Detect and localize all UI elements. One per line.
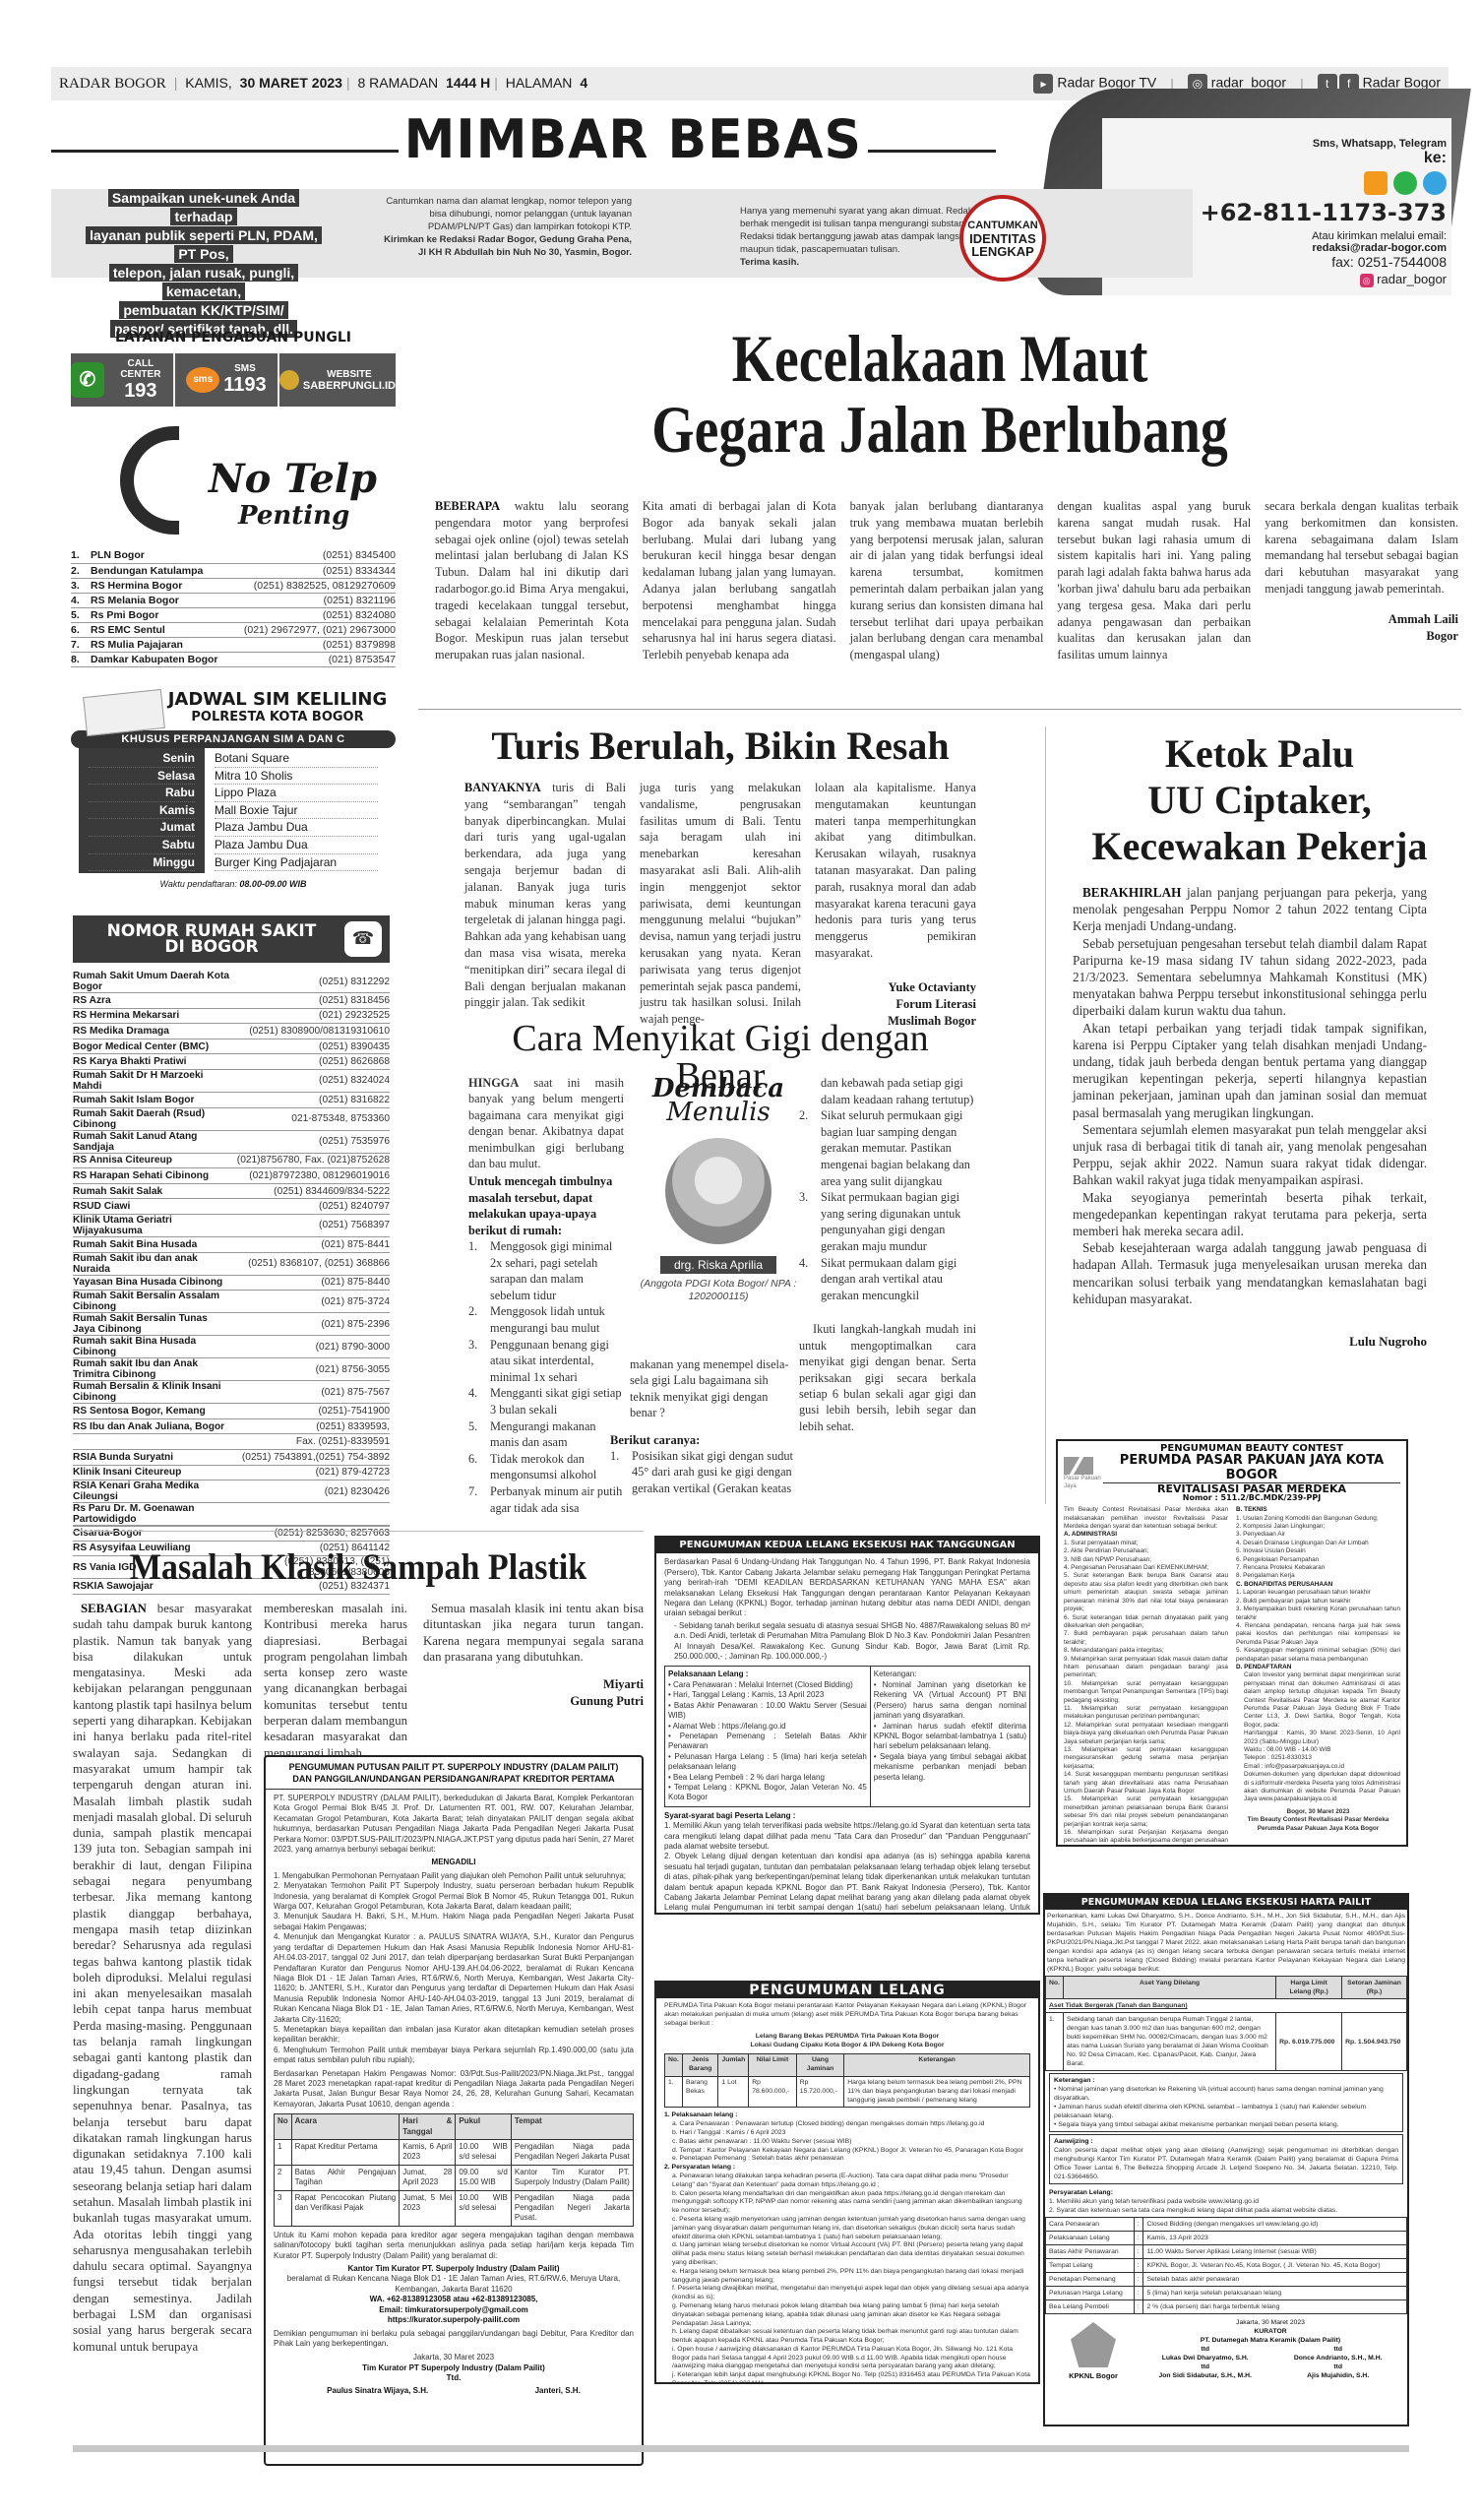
detail-key: Tempat Lelang — [1046, 2259, 1135, 2273]
hospital-phone[interactable]: (021)8756780, Fax. (021)8752628 — [230, 1153, 390, 1168]
hospital-name: Rumah sakit Ibu dan Anak Trimitra Cibino… — [73, 1358, 230, 1381]
hospital-name: RS Annisa Citeureup — [73, 1153, 230, 1168]
step-text: Sikat permukaan dalam gigi dengan arah v… — [821, 1255, 976, 1304]
req-item: 1. Memiliki Akun yang telah terverifikas… — [664, 1821, 1030, 1852]
detail-row: Cara Penawaran:Closed Bidding (dengan me… — [1046, 2218, 1407, 2232]
pungli-section: LAYANAN PENGADUAN PUNGLI ✆CALL CENTER193… — [71, 330, 396, 667]
sim-location: Botani Square — [215, 750, 378, 768]
hospital-name: Rumah Sakit Bersalin Assalam Cibinong — [73, 1291, 230, 1313]
requirement-item: 5. Inovasi Usulan Desain — [1236, 1547, 1400, 1555]
hospital-phone[interactable]: (021)87972380, 081296019016 — [230, 1168, 390, 1184]
tip-item: 6.Tidak merokok dan mengonsumsi alkohol — [468, 1451, 624, 1483]
masthead-info: RADAR BOGOR| KAMIS, 30 MARET 2023| 8 RAM… — [59, 75, 587, 93]
verdict-item: 4. Menunjuk dan Mengangkat Kurator : a. … — [274, 1932, 634, 2025]
agenda-cell: 3 — [275, 2190, 292, 2226]
article-plastik-col1: SEBAGIAN besar masyarakat sudah tahu dam… — [73, 1601, 252, 2355]
agenda-cell: Kamis, 6 April 2023 — [400, 2140, 456, 2166]
lelang-req-item: e. Harga lelang belum termasuk bea lelan… — [672, 2268, 1030, 2286]
hospital-name: Rumah sakit Bina Husada Cibinong — [73, 1336, 230, 1358]
agenda-row: 3Rapat Pencocokan Piutang dan Verifikasi… — [275, 2190, 634, 2226]
important-numbers-table: 1.PLN Bogor(0251) 83454002.Bendungan Kat… — [71, 548, 396, 667]
sim-location: Burger King Padjajaran — [215, 854, 378, 872]
requirement-item: 15. Melampirkan surat pernyataan kesangg… — [1064, 1795, 1228, 1829]
column-divider — [1045, 726, 1046, 1504]
lelang-header: Uang Jaminan — [796, 2054, 844, 2077]
lelang-req-item: d. Uang jaminan lelang tersebut disetork… — [672, 2241, 1030, 2267]
requirement-item: 4. Pengesahan Perusahaan Dari KEMENKUMHA… — [1064, 1564, 1228, 1572]
registration-field: Waktu : 08.00 WIB - 14.00 WIB — [1244, 1746, 1400, 1754]
rule-after-jalan — [418, 709, 1461, 710]
agenda-cell: Rapat Pencocokan Piutang dan Verifikasi … — [291, 2190, 400, 2226]
step-number: 2. — [799, 1107, 821, 1189]
exec-item: • Batas Akhir Penawaran : 10.00 Waktu Se… — [668, 1701, 867, 1722]
contact-email[interactable]: redaksi@radar-bogor.com — [1132, 242, 1447, 254]
hospital-phone[interactable]: (021) 8230426 — [230, 1480, 390, 1503]
contact-name: Rs Pmi Bogor — [91, 607, 230, 622]
important-number-row: 7.RS Mulia Pajajaran(0251) 8379898 — [71, 637, 396, 652]
req-item: 2. Obyek Lelang dijual dengan ketentuan … — [664, 1852, 1030, 1915]
asset-header: Setoran Jaminan (Rp.) — [1342, 1977, 1407, 1999]
kemenkeu-emblem-icon — [1071, 2322, 1116, 2367]
hospital-name: RS Medika Dramaga — [73, 1024, 230, 1039]
curator-email[interactable]: Email: timkuratorsuperpoly@gmail.com — [274, 2305, 634, 2315]
tip-text: Perbanyak minum air putih agar tidak ada… — [490, 1483, 624, 1516]
row-number: 2. — [71, 563, 91, 578]
telegram-icon — [1423, 171, 1447, 195]
registration-field: Email : info@pasarpakuanjaya.co.id — [1244, 1763, 1400, 1771]
detail-key: Batas Akhir Penawaran — [1046, 2245, 1135, 2259]
detail-sep: : — [1134, 2273, 1143, 2287]
lelang-exec-item: d. Tempat : Kantor Pelayanan Kekayaan Ne… — [672, 2147, 1030, 2156]
requirement-item: 7. Rencana Proteksi Kebakaran — [1236, 1564, 1400, 1572]
agenda-cell: Pengadilan Niaga pada Pengadilan Negeri … — [511, 2140, 633, 2166]
day: KAMIS, — [185, 75, 231, 91]
steps-list: dan kebawah pada setiap gigi dalam keada… — [799, 1075, 976, 1303]
detail-sep: : — [1134, 2259, 1143, 2273]
detail-sep: : — [1134, 2245, 1143, 2259]
hospital-name — [73, 1434, 230, 1450]
article-ciptaker-body: BERAKHIRLAH jalan panjang perjuangan par… — [1073, 884, 1427, 1350]
contact-name: Damkar Kabupaten Bogor — [91, 652, 230, 666]
hospital-name: Rumah Sakit Bina Husada — [73, 1236, 230, 1252]
sim-location: Mitra 10 Sholis — [215, 768, 378, 786]
ad-harta-pailit: PENGUMUMAN KEDUA LELANG EKSEKUSI HARTA P… — [1043, 1893, 1409, 2426]
contact-phone[interactable]: +62-811-1173-373 — [1132, 199, 1447, 226]
contact-name: Bendungan Katulampa — [91, 563, 230, 578]
rotary-phone-icon: ☎ — [344, 921, 382, 957]
verdict-item: 3. Menunjuk Saudara H. Bakri, S.H., M.Hu… — [274, 1912, 634, 1932]
tip-number: 4. — [468, 1385, 490, 1417]
contact-instagram[interactable]: ◎ radar_bogor — [1132, 272, 1447, 287]
tip-number: 2. — [468, 1303, 490, 1336]
pasar-logo-icon — [1064, 1457, 1093, 1475]
contact-phone[interactable]: (0251) 8345400 — [230, 548, 396, 563]
lelang-header: Jumlah — [718, 2054, 749, 2077]
hospital-name: Klinik Utama Geriatri Wijayakusuma — [73, 1214, 230, 1236]
requirement-item: 12. Melampirkan surat pernyataan kesedia… — [1064, 1722, 1228, 1746]
hospital-row: Rumah Sakit Islam Bogor(0251) 8316822 — [73, 1092, 390, 1107]
agenda-header: Hari & Tanggal — [400, 2114, 456, 2140]
lelang-req-item: h. Lelang dapat dibatalkan sesuai ketent… — [672, 2328, 1030, 2346]
contact-phone[interactable]: (0251) 8324080 — [230, 607, 396, 622]
agenda-cell: 1 — [275, 2140, 292, 2166]
headline-plastik: Masalah Klasik Sampah Plastik — [95, 1549, 621, 1586]
hospital-phone[interactable]: Fax. (0251)-8339591 — [230, 1434, 390, 1450]
hospital-phone[interactable]: (0251) 8316822 — [230, 1092, 390, 1107]
sim-time: Waktu pendaftaran: 08.00-09.00 WIB — [71, 879, 396, 889]
hospital-phone[interactable]: (0251) 8308900/081319310610 — [230, 1024, 390, 1039]
hospital-phone[interactable]: (021) 8790-3000 — [230, 1336, 390, 1358]
detail-sep: : — [1134, 2218, 1143, 2232]
lelang-req-item: a. Penawaran lelang dilakukan tanpa keha… — [672, 2173, 1030, 2190]
hospital-phone[interactable]: (0251) 8344609/834-5222 — [230, 1183, 390, 1199]
lelang-cell: Rp 78.600.000,- — [749, 2076, 797, 2107]
ad-lelang: PENGUMUMAN LELANG PERUMDA Tirta Pakuan K… — [654, 1981, 1040, 2384]
hospital-phone[interactable]: (0251)-7541900 — [230, 1404, 390, 1419]
hospital-name: Rumah Bersalin & Klinik Insani Cibinong — [73, 1381, 230, 1404]
agenda-header: No — [275, 2114, 292, 2140]
important-number-row: 8.Damkar Kabupaten Bogor(021) 8753547 — [71, 652, 396, 666]
submission-invite: Sampaikan unek-unek Anda terhadap layana… — [86, 189, 322, 339]
hospital-row: Rumah Sakit ibu dan anak Nuraida(0251) 8… — [73, 1252, 390, 1275]
detail-row: Tempat Lelang:KPKNL Bogor, Jl. Veteran N… — [1046, 2259, 1407, 2273]
hospital-name: RS Harapan Sehati Cibinong — [73, 1168, 230, 1184]
step-item: 2.Sikat seluruh permukaan gigi bagian lu… — [799, 1107, 976, 1189]
lelang-req-item: j. Keterangan lebih lanjut dapat menghub… — [672, 2371, 1030, 2384]
hospital-name: Cisarua-Bogor — [73, 1526, 230, 1542]
contact-phone[interactable]: (0251) 8382525, 08129270609 — [230, 578, 396, 593]
note-item: • Jaminan harus sudah efektif diterima o… — [1054, 2103, 1398, 2120]
detail-sep: : — [1134, 2232, 1143, 2245]
sim-day: Selasa — [89, 768, 195, 786]
agenda-cell: Pengadilan Niaga pada Pengadilan Negeri … — [511, 2190, 633, 2226]
req-item: 1. Memiliki akun yang telah terverifikas… — [1049, 2197, 1403, 2206]
contact-phone[interactable]: (0251) 8321196 — [230, 593, 396, 607]
verdict-item: 6. Menghukum Termohon Pailit untuk memba… — [274, 2046, 634, 2066]
submission-requirements: Cantumkan nama dan alamat lengkap, nomor… — [376, 195, 632, 259]
important-number-row: 2.Bendungan Katulampa(0251) 8334344 — [71, 563, 396, 578]
hospital-row: Rumah Sakit Daerah (Rsud) Cibinong021-87… — [73, 1107, 390, 1130]
detail-value: Setelah batas akhir penawaran — [1143, 2273, 1407, 2287]
contact-name: RS Melania Bogor — [91, 593, 230, 607]
detail-row: Pelaksanaan Lelang:Kamis, 13 April 2023 — [1046, 2232, 1407, 2245]
hospital-name: Rumah Sakit ibu dan anak Nuraida — [73, 1252, 230, 1275]
hospital-section: NOMOR RUMAH SAKITDI BOGOR ☎ Rumah Sakit … — [73, 915, 390, 1595]
lelang-req-item: c. Peserta lelang wajib menyetorkan uang… — [672, 2216, 1030, 2241]
globe-icon — [279, 370, 299, 390]
requirement-item: 8. Menandatangani pakta integritas; — [1064, 1647, 1228, 1655]
author-card: DembacaMenulis drg. Riska Aprilia (Anggo… — [630, 1077, 807, 1303]
hospital-row: Rumah sakit Bina Husada Cibinong(021) 87… — [73, 1336, 390, 1358]
hospital-phone[interactable]: (021) 875-2396 — [230, 1313, 390, 1336]
hospital-row: Klinik Insani Citeureup(021) 879-42723 — [73, 1465, 390, 1480]
ad-superpoly: PENGUMUMAN PUTUSAN PAILIT PT. SUPERPOLY … — [264, 1755, 644, 2466]
contact-name: RS Hermina Bogor — [91, 578, 230, 593]
detail-value: KPKNL Bogor, Jl. Veteran No.45, Kota Bog… — [1143, 2259, 1407, 2273]
step-item: dan kebawah pada setiap gigi dalam keada… — [799, 1075, 976, 1107]
hospital-phone[interactable]: (0251) 8240797 — [230, 1199, 390, 1215]
agenda-cell: 10.00 WIB s/d selesai — [456, 2190, 511, 2226]
contact-name: PLN Bogor — [91, 548, 230, 563]
detail-row: Pelunasan Harga Lelang:5 (lima) hari ker… — [1046, 2287, 1407, 2300]
tip-text: Mengurangi makanan manis dan asam — [490, 1418, 624, 1451]
important-number-row: 4.RS Melania Bogor(0251) 8321196 — [71, 593, 396, 607]
article-plastik-col2: membereskan masalah ini. Kontribusi mere… — [264, 1601, 407, 1761]
hospital-row: Rumah Sakit Lanud Atang Sandjaja(0251) 7… — [73, 1130, 390, 1153]
byline-ciptaker: Lulu Nugroho — [1073, 1333, 1427, 1350]
pailit-asset-table: No.Aset Yang DilelangHarga Limit Lelang … — [1045, 1976, 1407, 2071]
rule-before-plastik — [73, 1531, 644, 1532]
tip-item: 1.Menggosok gigi minimal 2x sehari, pagi… — [468, 1238, 624, 1303]
sim-location: Plaza Jambu Dua — [215, 819, 378, 837]
detail-sep: : — [1134, 2300, 1143, 2314]
important-numbers-banner: No Telp Penting — [71, 416, 396, 544]
hospital-name: RSUD Ciawi — [73, 1199, 230, 1215]
pungli-website[interactable]: WEBSITESABERPUNGLI.ID — [279, 353, 396, 407]
page-label: HALAMAN — [506, 75, 573, 91]
hospital-phone[interactable]: (021) 879-42723 — [230, 1465, 390, 1480]
ad-superpoly-title: PENGUMUMAN PUTUSAN PAILIT PT. SUPERPOLY … — [266, 1757, 642, 1790]
asset-header: Harga Limit Lelang (Rp.) — [1276, 1977, 1342, 1999]
exec-item: • Hari, Tanggal Lelang : Kamis, 13 April… — [668, 1690, 867, 1700]
author-role: (Anggota PDGI Kota Bogor/ NPA : 12020001… — [630, 1278, 807, 1303]
hospital-phone[interactable]: (021) 8756-3055 — [230, 1358, 390, 1381]
tip-item: 2.Menggosok lidah untuk mengurangi bau m… — [468, 1303, 624, 1336]
pasar-logo: Pasar Pakuan Jaya — [1064, 1457, 1103, 1491]
column-label: DembacaMenulis — [630, 1077, 807, 1124]
hospital-name: Rumah Sakit Umum Daerah Kota Bogor — [73, 971, 230, 993]
detail-value: 2 % (dua persen) dari harga terbentuk le… — [1143, 2300, 1407, 2314]
headline-ciptaker: Ketok Palu UU Ciptaker, Kecewakan Pekerj… — [1063, 730, 1456, 869]
hospital-phone[interactable]: (0251) 8626868 — [230, 1054, 390, 1070]
date: 30 MARET 2023 — [240, 75, 342, 91]
hospital-row: RSIA Bunda Suryatni(0251) 7543891,(0251)… — [73, 1449, 390, 1465]
auction-reqs-list: 1. Memiliki Akun yang telah terverifikas… — [664, 1821, 1030, 1915]
contact-phone[interactable]: (021) 8753547 — [230, 652, 396, 666]
requirement-item: 16. Melampirkan surat Perjanjian Kerjasa… — [1064, 1829, 1228, 1847]
hospital-phone[interactable]: (0251) 8253630, 8257663 — [230, 1526, 390, 1542]
requirement-item: 4. Rencana pendapatan, rencana harga jua… — [1236, 1622, 1400, 1647]
row-number: 1. — [71, 548, 91, 563]
hospital-name: Rumah Sakit Lanud Atang Sandjaja — [73, 1130, 230, 1153]
hospital-row: Rumah Sakit Bina Husada(021) 875-8441 — [73, 1236, 390, 1252]
hospital-name: Rumah Sakit Bersalin Tunas Jaya Cibinong — [73, 1313, 230, 1336]
detail-value: 11.00 Waktu Server Aplikasi Lelang Inter… — [1143, 2245, 1407, 2259]
tip-number: 1. — [468, 1238, 490, 1303]
hospital-name: RS Azra — [73, 993, 230, 1009]
agenda-row: 1Rapat Kreditur PertamaKamis, 6 April 20… — [275, 2140, 634, 2166]
row-number: 6. — [71, 622, 91, 637]
hospital-row: Rumah Bersalin & Klinik Insani Cibinong(… — [73, 1381, 390, 1404]
important-number-row: 1.PLN Bogor(0251) 8345400 — [71, 548, 396, 563]
hospital-phone[interactable]: 021-875348, 8753360 — [230, 1107, 390, 1130]
note-item: • Segala biaya yang timbul sebagai akiba… — [874, 1752, 1026, 1783]
row-number: 5. — [71, 607, 91, 622]
agenda-header: Tempat — [511, 2114, 633, 2140]
exec-item: • Pelunasan Harga Lelang : 5 (lima) hari… — [668, 1752, 867, 1773]
detail-key: Penetapan Pemenang — [1046, 2273, 1135, 2287]
article-gigi-col1: HINGGA saat ini masih banyak yang belum … — [468, 1075, 624, 1516]
submission-disclaimer: Hanya yang memenuhi syarat yang akan dim… — [740, 205, 996, 269]
hospital-row: RS Harapan Sehati Cibinong(021)87972380,… — [73, 1168, 390, 1184]
ad-lelang-title: PENGUMUMAN LELANG — [656, 1983, 1038, 1998]
hospital-phone[interactable]: (0251) 8390435 — [230, 1039, 390, 1054]
step-text: Sikat seluruh permukaan gigi bagian luar… — [821, 1107, 976, 1189]
hospital-phone[interactable]: (021) 875-7567 — [230, 1381, 390, 1404]
contact-fax: fax: 0251-7544008 — [1132, 254, 1447, 270]
pungli-call-center[interactable]: ✆CALL CENTER193 — [71, 353, 175, 407]
hospital-phone[interactable]: (0251) 8339593, — [230, 1418, 390, 1434]
requirement-item: 2. Komposisi Jalan Lingkungan; — [1236, 1523, 1400, 1531]
exec-item: • Tempat Lelang : KPKNL Bogor, Jalan Vet… — [668, 1783, 867, 1803]
lelang-header: Jenis Barang — [682, 2054, 717, 2077]
tip-text: Menggosok gigi minimal 2x sehari, pagi s… — [490, 1238, 624, 1303]
hospital-phone[interactable]: (021) 875-8440 — [230, 1275, 390, 1291]
contact-phone[interactable]: (0251) 8334344 — [230, 563, 396, 578]
hospital-name: Rumah Sakit Islam Bogor — [73, 1092, 230, 1107]
sim-schedule: SeninSelasaRabuKamisJumatSabtuMinggu Bot… — [79, 748, 388, 873]
tip-number: 7. — [468, 1483, 490, 1516]
requirement-item: 6. Pengelolaan Persampahan — [1236, 1556, 1400, 1564]
important-number-row: 6.RS EMC Sentul(021) 29672977, (021) 296… — [71, 622, 396, 637]
hospital-table: Rumah Sakit Umum Daerah Kota Bogor(0251)… — [73, 971, 390, 1595]
lelang-exec-item: b. Hari / Tanggal : Kamis / 6 April 2023 — [672, 2129, 1030, 2138]
hospital-name: RSIA Kenari Graha Medika Cileungsi — [73, 1480, 230, 1503]
curator-website[interactable]: https://kurator.superpoly-pailit.com — [274, 2315, 634, 2325]
registration-field: Hari/tanggal : Kamis, 30 Maret 2023-Seni… — [1244, 1730, 1400, 1746]
asset-cell: Sebidang tanah dan bangunan berupa Rumah… — [1063, 2013, 1275, 2071]
contact-phone[interactable]: (021) 29672977, (021) 29673000 — [230, 622, 396, 637]
requirement-item: 14. Surat kesanggupan membantu pengurusa… — [1064, 1771, 1228, 1795]
byline-jalan: Ammah LailiBogor — [1265, 611, 1458, 645]
sim-day: Kamis — [89, 802, 195, 820]
agenda-cell: 2 — [275, 2165, 292, 2190]
author-photo — [665, 1138, 771, 1244]
tip-text: Penggunaan benang gigi atau sikat interd… — [490, 1337, 624, 1386]
important-number-row: 3.RS Hermina Bogor(0251) 8382525, 081292… — [71, 578, 396, 593]
article-plastik-col3: Semua masalah klasik ini tentu akan bisa… — [423, 1601, 644, 1710]
requirement-item: 1. Surat pernyataan minat; — [1064, 1540, 1228, 1547]
tip-item: 4.Mengganti sikat gigi setiap 3 bulan se… — [468, 1385, 624, 1417]
registration-field: Telepon : 0251-8330313 — [1244, 1754, 1400, 1762]
row-number: 3. — [71, 578, 91, 593]
hospital-row: Rumah Sakit Dr H Marzoeki Mahdi(0251) 83… — [73, 1069, 390, 1092]
pungli-channels: ✆CALL CENTER193 smsSMS1193 WEBSITESABERP… — [71, 353, 396, 407]
hospital-phone[interactable]: (021) 29232525 — [230, 1008, 390, 1024]
auction-exec-list: • Cara Penawaran : Melalui Internet (Clo… — [668, 1680, 867, 1803]
agenda-table: NoAcaraHari & TanggalPukulTempat 1Rapat … — [274, 2113, 634, 2227]
requirement-item: 5. Kesanggupan mengganti minimal sebagia… — [1236, 1647, 1400, 1664]
hospital-phone[interactable]: (0251) 8324024 — [230, 1069, 390, 1092]
hospital-row: RSIA Kenari Graha Medika Cileungsi(021) … — [73, 1480, 390, 1503]
note-item: • Nominal jaminan yang disetorkan ke Rek… — [1054, 2085, 1398, 2103]
hospital-phone[interactable]: (0251) 7543891,(0251) 754-3892 — [230, 1449, 390, 1465]
requirement-item: 3. Penyediaan Air — [1236, 1531, 1400, 1539]
hospital-row: Bogor Medical Center (BMC)(0251) 8390435 — [73, 1039, 390, 1054]
requirement-item: 2. Akte Pendirian Perusahaan; — [1064, 1547, 1228, 1555]
hospital-phone[interactable]: (0251) 8368107, (0251) 368866 — [230, 1252, 390, 1275]
requirement-item: 8. Pengalaman Kerja — [1236, 1572, 1400, 1580]
requirement-item: 4. Desain Drainase Lingkungan Dan Air Li… — [1236, 1540, 1400, 1547]
detail-value: Closed Bidding (dengan mengakses url www… — [1143, 2218, 1407, 2232]
hospital-phone[interactable]: (0251) 7568397 — [230, 1214, 390, 1236]
lelang-req-item: b. Calon peserta lelang mendaftarkan dir… — [672, 2190, 1030, 2216]
step-item: 3.Sikat permukaan bagian gigi yang serin… — [799, 1189, 976, 1254]
note-item: • Jaminan harus sudah efektif diterima K… — [874, 1722, 1026, 1752]
requirement-item: 5. Surat keterangan Bank berupa Bank Gar… — [1064, 1572, 1228, 1613]
detail-key: Pelunasan Harga Lelang — [1046, 2287, 1135, 2300]
step-text: dan kebawah pada setiap gigi dalam keada… — [821, 1075, 976, 1107]
hospital-row: RS Karya Bhakti Pratiwi(0251) 8626868 — [73, 1054, 390, 1070]
detail-key: Bea Lelang Pembeli — [1046, 2300, 1135, 2314]
asset-cell: Rp. 1.504.943.750 — [1342, 2013, 1407, 2071]
requirement-item: 13. Melampirkan surat pernyataan kesangg… — [1064, 1746, 1228, 1771]
hospital-phone[interactable] — [230, 1503, 390, 1526]
step-number: 4. — [799, 1255, 821, 1304]
hospital-row: Rumah Sakit Salak(0251) 8344609/834-5222 — [73, 1183, 390, 1199]
hospital-name: Rumah Sakit Dr H Marzoeki Mahdi — [73, 1069, 230, 1092]
hospital-row: Rs Paru Dr. M. Goenawan Partowidigdo — [73, 1503, 390, 1526]
hijri-year: 1444 H — [446, 75, 490, 91]
agenda-cell: Batas Akhir Pengajuan Tagihan — [291, 2165, 400, 2190]
agenda-cell: Rapat Kreditur Pertama — [291, 2140, 400, 2166]
lelang-items-table: No.Jenis BarangJumlahNilai LimitUang Jam… — [664, 2053, 1030, 2108]
asset-header: Aset Yang Dilelang — [1063, 1977, 1275, 1999]
instagram-icon: ◎ — [1360, 274, 1374, 287]
title-rule-right — [868, 150, 996, 153]
detail-key: Cara Penawaran — [1046, 2218, 1135, 2232]
hospital-header: NOMOR RUMAH SAKITDI BOGOR ☎ — [73, 915, 390, 963]
sms-bubble-icon: sms — [186, 367, 219, 393]
author-name: drg. Riska Aprilia — [660, 1256, 776, 1274]
hospital-phone[interactable]: (0251) 8318456 — [230, 993, 390, 1009]
hospital-row: Rumah Sakit Umum Daerah Kota Bogor(0251)… — [73, 971, 390, 993]
requirement-item: 1. Laporan keuangan perusahaan tahun ter… — [1236, 1589, 1400, 1597]
kpknl-logo: KPKNL Bogor — [1049, 2322, 1138, 2380]
asset-cell: Rp. 6.019.775.000 — [1276, 2013, 1342, 2071]
hospital-phone[interactable]: (021) 875-3724 — [230, 1291, 390, 1313]
hospital-name: RS Ibu dan Anak Juliana, Bogor — [73, 1418, 230, 1434]
agenda-header: Pukul — [456, 2114, 511, 2140]
exec-item: • Alamat Web : https://lelang.go.id — [668, 1722, 867, 1732]
sim-day: Sabtu — [89, 837, 195, 854]
note-item: • Segala biaya yang timbul sebagai akiba… — [1054, 2120, 1398, 2129]
agenda-cell: 09.00 s/d 15.00 WIB — [456, 2165, 511, 2190]
hospital-phone[interactable]: (0251) 7535976 — [230, 1130, 390, 1153]
note-item: • Nominal Jaminan yang disetorkan ke Rek… — [874, 1680, 1026, 1722]
pailit-details-table: Cara Penawaran:Closed Bidding (dengan me… — [1045, 2217, 1407, 2314]
ad-pailit-title: PENGUMUMAN KEDUA LELANG EKSEKUSI HARTA P… — [1045, 1895, 1407, 1910]
hospital-name: Yayasan Bina Husada Cibinong — [73, 1275, 230, 1291]
sim-bar: KHUSUS PERPANJANGAN SIM A DAN C — [71, 730, 396, 748]
lelang-header: Nilai Limit — [749, 2054, 797, 2077]
requirement-item: 1. Usulan Zoning Komoditi dan Bangunan G… — [1236, 1515, 1400, 1523]
lelang-cell: 1. — [665, 2076, 683, 2107]
title-rule-left — [51, 150, 399, 153]
hospital-row: Yayasan Bina Husada Cibinong(021) 875-84… — [73, 1275, 390, 1291]
hospital-phone[interactable]: (0251) 8312292 — [230, 971, 390, 993]
contact-phone[interactable]: (0251) 8379898 — [230, 637, 396, 652]
section-title-row: MIMBAR BEBAS — [51, 110, 996, 169]
hospital-phone[interactable]: (021) 875-8441 — [230, 1236, 390, 1252]
headline-jalan: Kecelakaan Maut Gegara Jalan Berlubang — [512, 325, 1367, 463]
row-number: 8. — [71, 652, 91, 666]
pungli-sms[interactable]: smsSMS1193 — [175, 353, 279, 407]
hijri-prefix: 8 RAMADAN — [357, 75, 438, 91]
tip-item: 5.Mengurangi makanan manis dan asam — [468, 1418, 624, 1451]
hospital-row: RSUD Ciawi(0251) 8240797 — [73, 1199, 390, 1215]
detail-value: 5 (lima) hari kerja setelah pelaksanaan … — [1143, 2287, 1407, 2300]
